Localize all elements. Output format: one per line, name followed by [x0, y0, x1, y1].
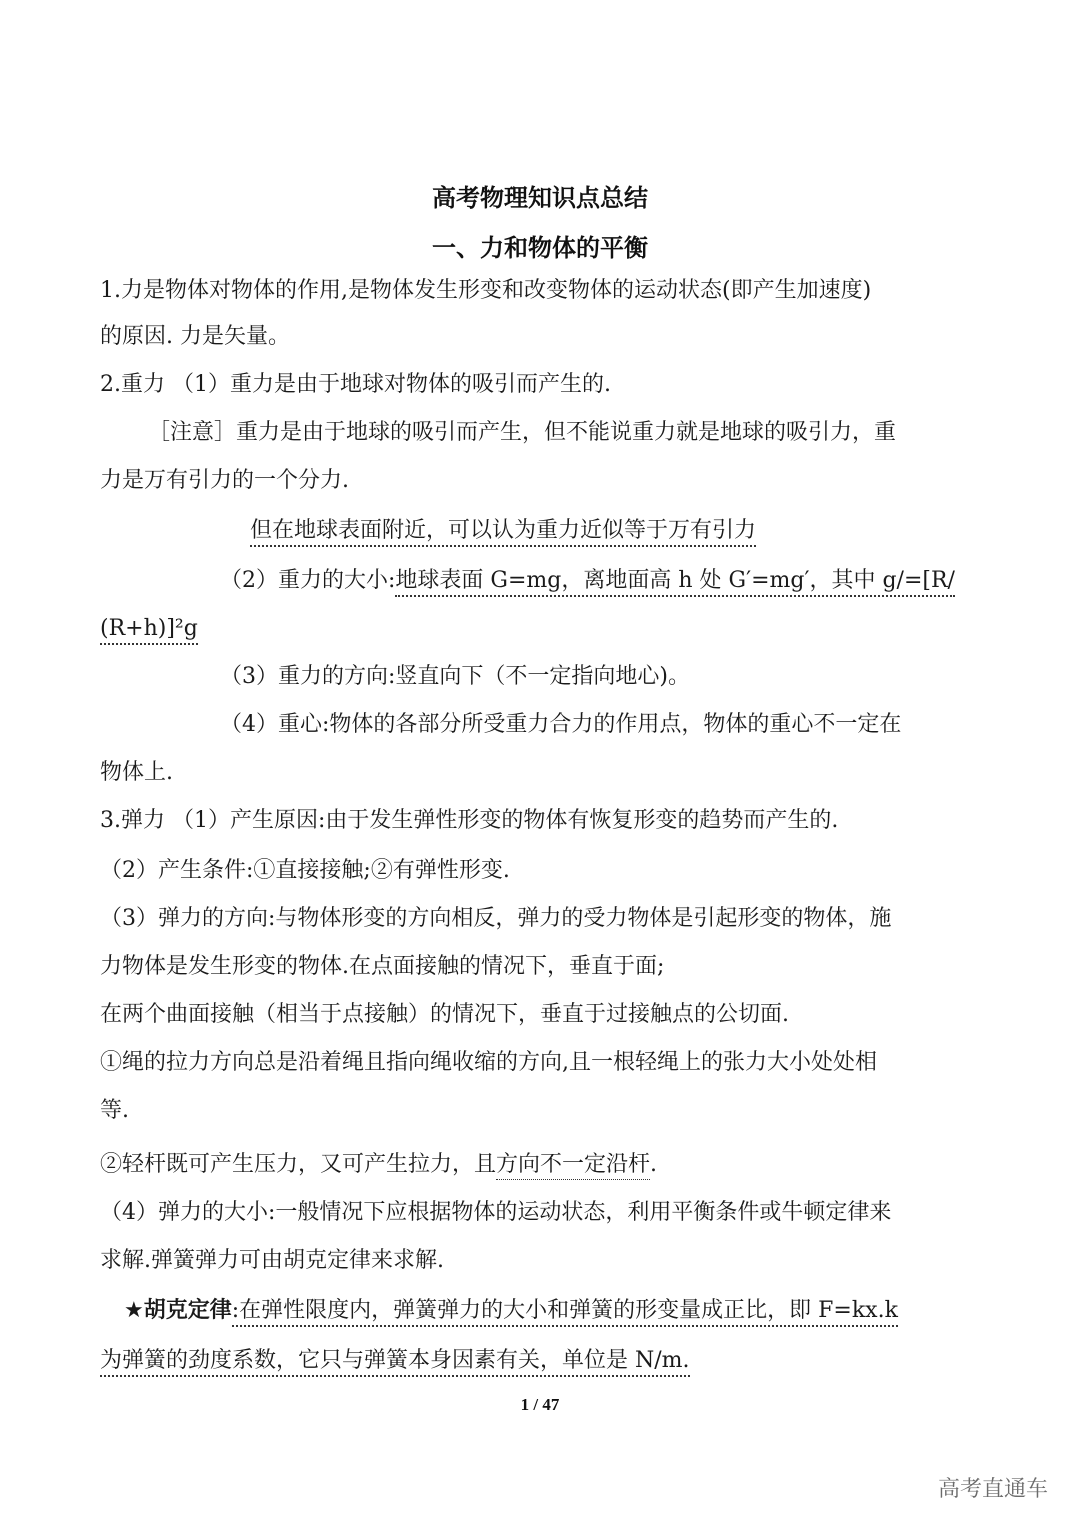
watermark: 高考直通车: [938, 1472, 1048, 1503]
text-line: ②轻杆既可产生压力，又可产生拉力，且方向不一定沿杆.: [100, 1150, 657, 1180]
text-line: ［注意］重力是由于地球的吸引而产生，但不能说重力就是地球的吸引力，重: [148, 418, 896, 448]
dotted-underline-text: :在弹性限度内，弹簧弹力的大小和弹簧的形变量成正比，即 F=kx.k: [232, 1298, 898, 1327]
text-line: 在两个曲面接触（相当于点接触）的情况下，垂直于过接触点的公切面.: [100, 1000, 789, 1030]
dotted-underline-text: 地球表面 G=mg，离地面高 h 处 G′=mg′，其中 g/=[R/: [395, 568, 955, 597]
text-line: 力是万有引力的一个分力.: [100, 466, 349, 496]
document-page: 高考物理知识点总结 一、力和物体的平衡 1.力是物体对物体的作用,是物体发生形变…: [0, 0, 1080, 1526]
document-title: 高考物理知识点总结: [0, 178, 1080, 213]
dotted-underline-text: 但在地球表面附近，可以认为重力近似等于万有引力: [250, 518, 756, 547]
page-number: 1 / 47: [0, 1395, 1080, 1415]
text-segment: （2）重力的大小:: [220, 568, 395, 593]
text-line: 求解.弹簧弹力可由胡克定律来求解.: [100, 1246, 444, 1276]
text-line: 物体上.: [100, 758, 173, 788]
text-line-underlined: 但在地球表面附近，可以认为重力近似等于万有引力: [250, 516, 756, 546]
dotted-underline-text: 为弹簧的劲度系数，它只与弹簧本身因素有关，单位是 N/m.: [100, 1348, 690, 1377]
text-line: （2）产生条件:①直接接触;②有弹性形变.: [100, 856, 510, 886]
text-line: （4）重心:物体的各部分所受重力合力的作用点，物体的重心不一定在: [220, 710, 901, 740]
text-line: ①绳的拉力方向总是沿着绳且指向绳收缩的方向,且一根轻绳上的张力大小处处相: [100, 1048, 877, 1078]
section-title: 一、力和物体的平衡: [0, 228, 1080, 263]
text-line: 1.力是物体对物体的作用,是物体发生形变和改变物体的运动状态(即产生加速度): [100, 276, 871, 306]
text-segment: .: [650, 1152, 657, 1177]
text-line: （4）弹力的大小:一般情况下应根据物体的运动状态，利用平衡条件或牛顿定律来: [100, 1198, 891, 1228]
text-line: ★胡克定律:在弹性限度内，弹簧弹力的大小和弹簧的形变量成正比，即 F=kx.k: [124, 1296, 898, 1326]
text-line: （3）弹力的方向:与物体形变的方向相反，弹力的受力物体是引起形变的物体，施: [100, 904, 891, 934]
text-line-underlined: (R+h)]²g: [100, 614, 198, 644]
text-line: （2）重力的大小:地球表面 G=mg，离地面高 h 处 G′=mg′，其中 g/…: [220, 566, 955, 596]
text-line: 力物体是发生形变的物体.在点面接触的情况下，垂直于面;: [100, 952, 664, 982]
dotted-underline-text: 方向不一定沿杆: [496, 1152, 650, 1180]
text-line: 2.重力 （1）重力是由于地球对物体的吸引而产生的.: [100, 370, 611, 400]
hooke-law-label: ★胡克定律: [124, 1298, 232, 1323]
text-line-underlined: 为弹簧的劲度系数，它只与弹簧本身因素有关，单位是 N/m.: [100, 1346, 690, 1376]
text-segment: ②轻杆既可产生压力，又可产生拉力，且: [100, 1152, 496, 1177]
text-line: 等.: [100, 1096, 129, 1126]
text-line: 3.弹力 （1）产生原因:由于发生弹性形变的物体有恢复形变的趋势而产生的.: [100, 806, 838, 836]
text-line: 的原因. 力是矢量。: [100, 322, 290, 352]
text-line: （3）重力的方向:竖直向下（不一定指向地心)。: [220, 662, 690, 692]
dotted-underline-text: (R+h)]²g: [100, 616, 198, 645]
